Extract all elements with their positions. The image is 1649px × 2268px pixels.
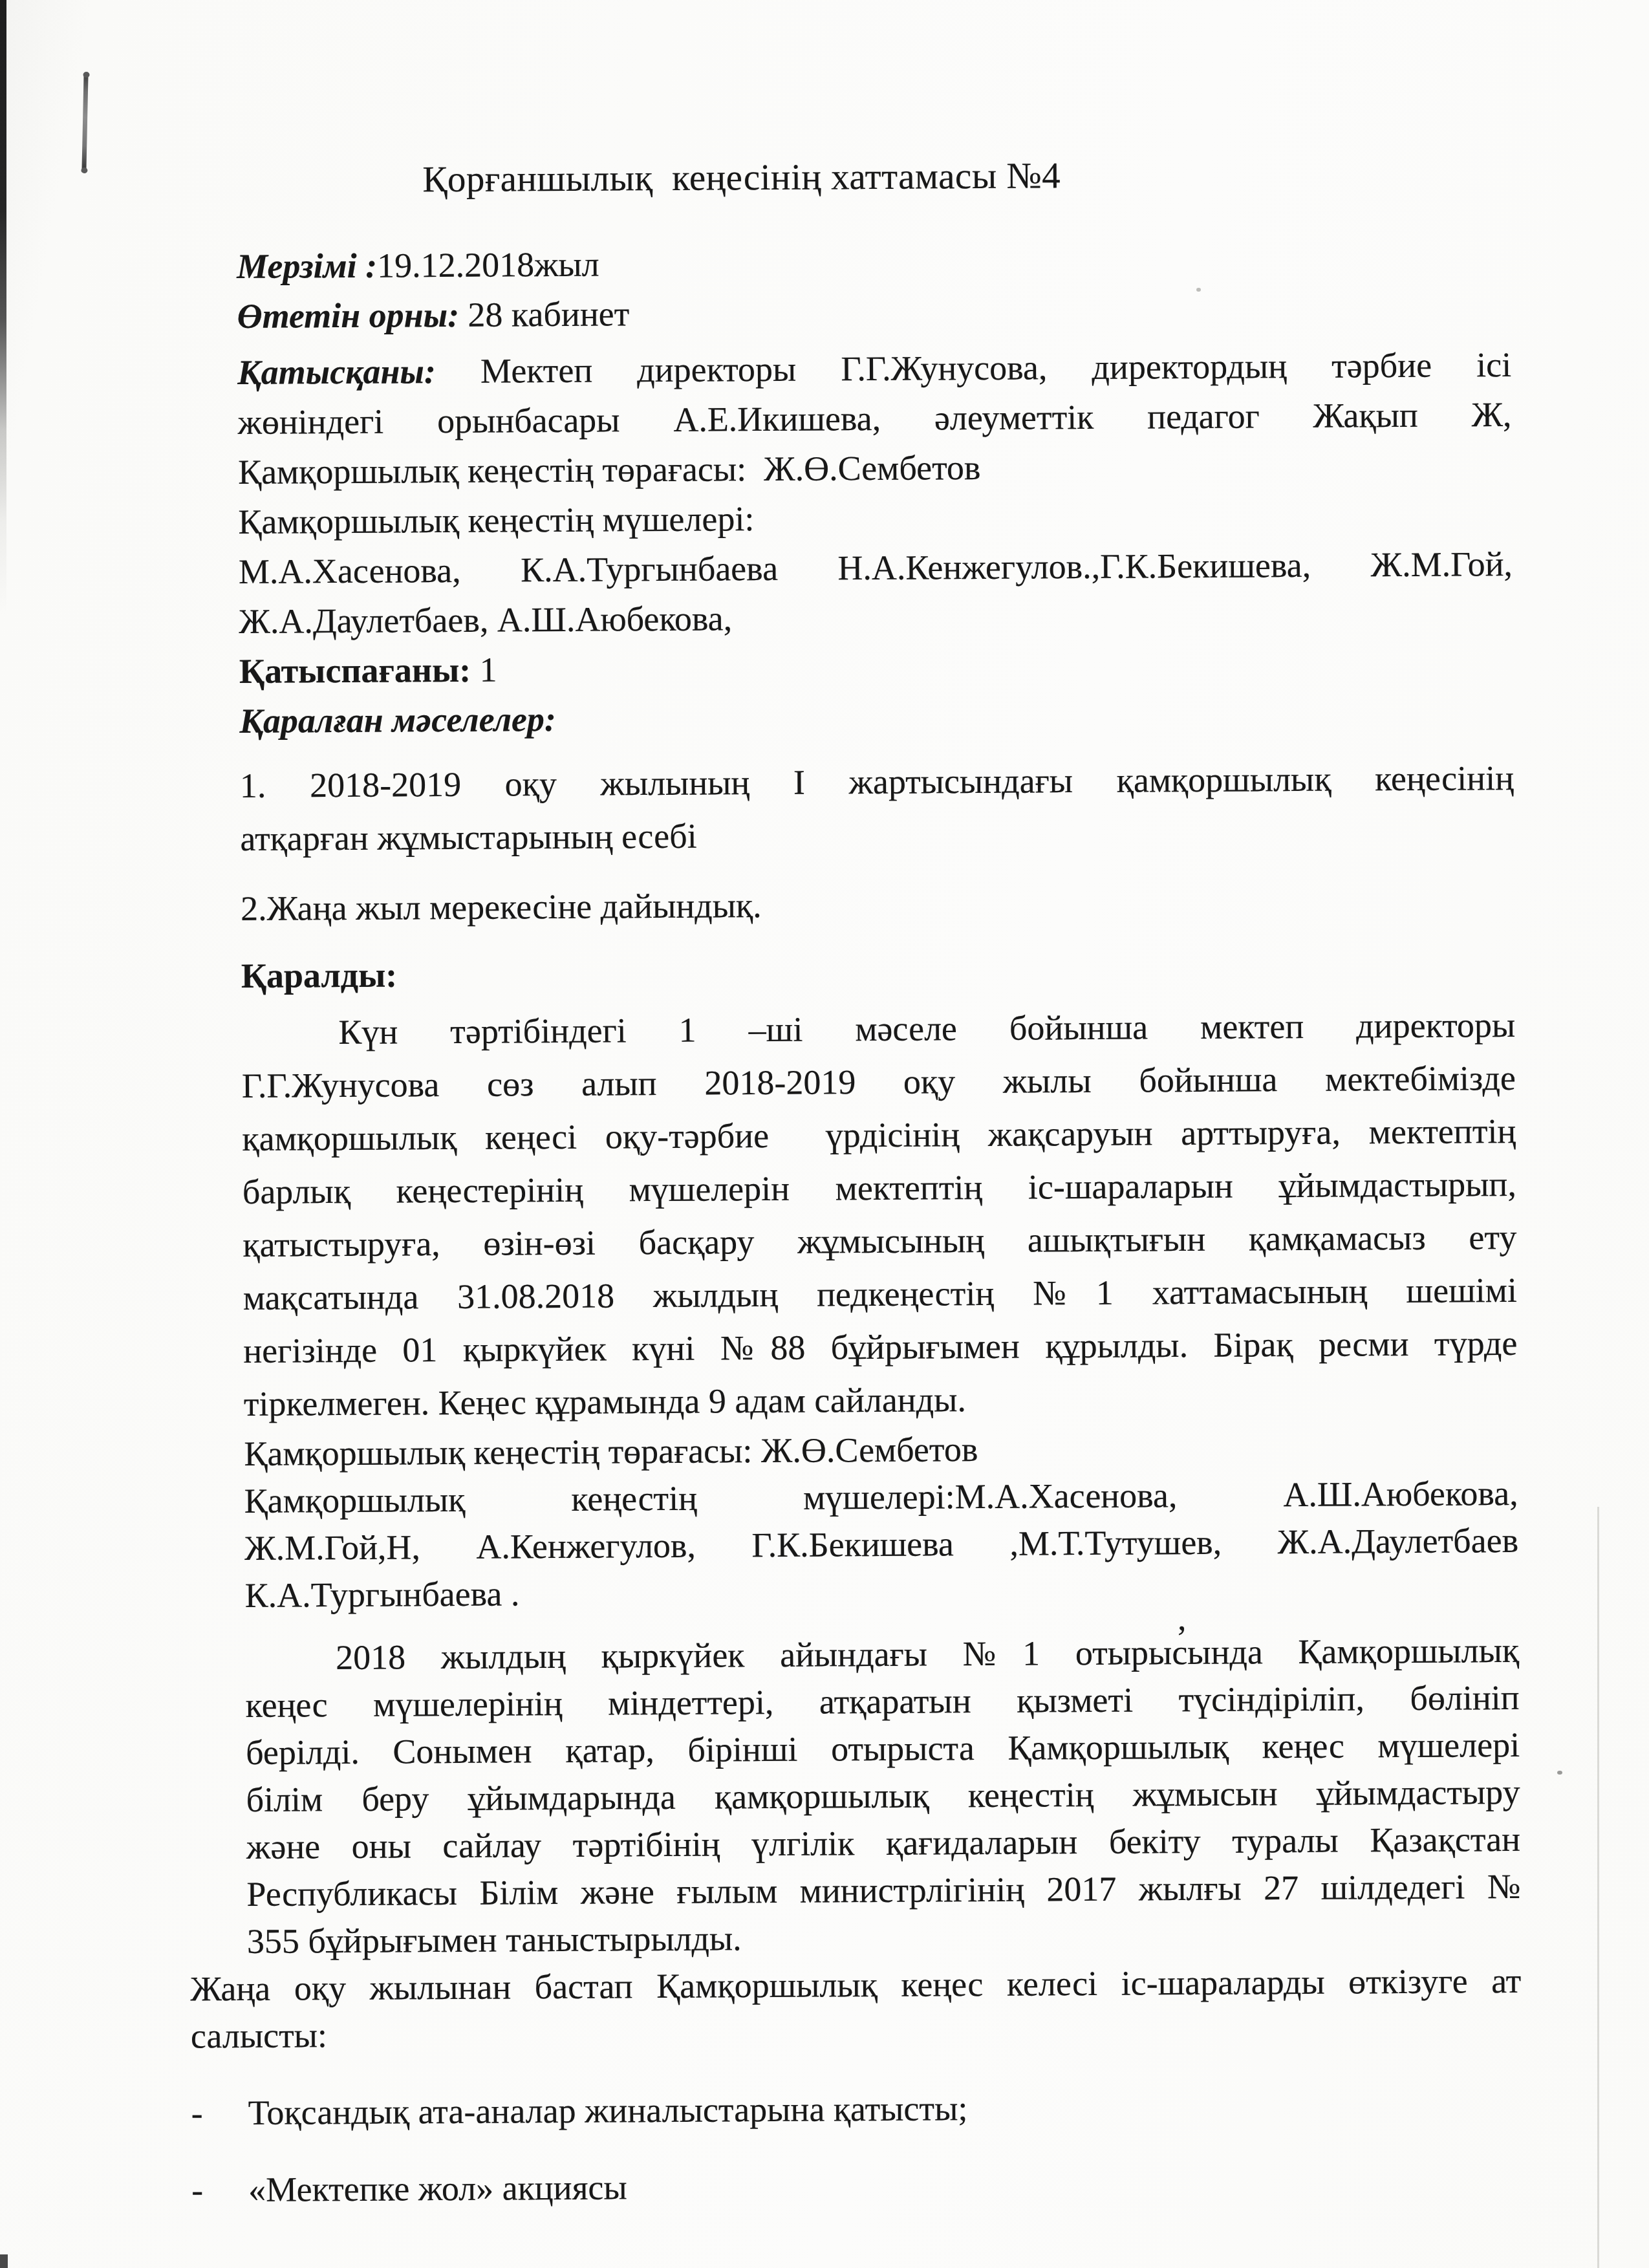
meta-date-value: 19.12.2018жыл bbox=[377, 245, 599, 285]
bullet-dash-marker: - bbox=[191, 2166, 248, 2214]
absent-line: Қатыспағаны: 1 bbox=[239, 639, 1513, 697]
attendees-chairman-line: Қамқоршылық кеңестің төрағасы: Ж.Ө.Сембе… bbox=[238, 440, 1512, 497]
meta-place-line: Өтетін орны: 28 кабинет bbox=[237, 284, 1511, 341]
document-body: Қорғаншылық кеңесінің хаттамасы №4 Мерзі… bbox=[236, 146, 1522, 2214]
agenda-item-1-line-2: атқарған жұмыстарының есебі bbox=[240, 805, 1514, 865]
list-item: -Тоқсандық ата-аналар жиналыстарына қаты… bbox=[191, 2082, 1522, 2137]
agenda-header: Қаралған мәселелер: bbox=[239, 689, 1513, 746]
attendees-line-1: Қатысқаны: Мектеп директоры Г.Г.Жунусова… bbox=[237, 340, 1511, 398]
body-paragraph-2-line-7: 355 бұйрығымен таныстырылды. bbox=[247, 1910, 1521, 1965]
meta-place-value: 28 кабинет bbox=[459, 294, 630, 334]
scan-edge-shadow bbox=[0, 0, 6, 614]
body-paragraph-1-line-6: мақсатында 31.08.2018 жылдың педкеңестің… bbox=[243, 1264, 1517, 1324]
attendees-line-2: жөніндегі орынбасары А.Е.Икишева, әлеуме… bbox=[237, 390, 1511, 448]
body-paragraph-1-line-4: барлық кеңестерінің мүшелерін мектептің … bbox=[242, 1158, 1516, 1218]
meta-date-label: Мерзімі : bbox=[237, 246, 377, 286]
body-paragraph-1-line-1: Күн тәртібіндегі 1 –ші мәселе бойынша ме… bbox=[241, 999, 1515, 1059]
body-paragraph-1-line-2: Г.Г.Жунусова сөз алып 2018-2019 оқу жылы… bbox=[242, 1052, 1516, 1112]
body-paragraph-2-line-6: Республикасы Білім және ғылым министрліг… bbox=[246, 1863, 1520, 1918]
body-paragraph-2-line-2: кеңес мүшелерінің міндеттері, атқаратын … bbox=[245, 1674, 1519, 1729]
body-paragraph-2-line-5: және оны сайлау тәртібінің үлгілік қағид… bbox=[246, 1816, 1520, 1871]
attendees-members-header: Қамқоршылық кеңестің мүшелері: bbox=[238, 490, 1512, 547]
chairman-line: Қамқоршылық кеңестің төрағасы: Ж.Ө.Сембе… bbox=[244, 1423, 1518, 1478]
agenda-item-2: 2.Жаңа жыл мерекесіне дайындық. bbox=[241, 874, 1514, 935]
body-paragraph-1-line-3: қамқоршылық кеңесі оқу-тәрбие үрдісінің … bbox=[242, 1105, 1516, 1165]
attendees-line-1-text: Мектеп директоры Г.Г.Жунусова, директорд… bbox=[436, 345, 1511, 391]
members-line-2: Ж.М.Гой,Н, А.Кенжегулов, Г.К.Бекишева ,М… bbox=[244, 1517, 1518, 1572]
absent-value: 1 bbox=[471, 651, 497, 689]
body-paragraph-1-line-8: тіркелмеген. Кеңес құрамында 9 адам сайл… bbox=[244, 1370, 1518, 1431]
body-paragraph-2-line-1: 2018 жылдың қыркүйек айындағы №1 отырысы… bbox=[245, 1627, 1519, 1682]
scan-fold-line bbox=[1597, 1507, 1599, 2268]
members-line-3-text: К.А.Тургынбаева . bbox=[244, 1574, 519, 1615]
attendees-members-line-1: М.А.Хасенова, К.А.Тургынбаева Н.А.Кенжег… bbox=[239, 539, 1513, 597]
bullet-text: Тоқсандық ата-аналар жиналыстарына қатыс… bbox=[248, 2085, 967, 2137]
body-paragraph-1-line-7: негізінде 01 қыркүйек күні №88 бұйрығыме… bbox=[243, 1317, 1517, 1377]
attendees-label: Қатысқаны: bbox=[237, 352, 436, 392]
considered-header: Қаралды: bbox=[241, 942, 1515, 1002]
staple-mark bbox=[81, 74, 88, 171]
bullet-text: «Мектепке жол» акциясы bbox=[248, 2164, 627, 2214]
scan-corner-mark bbox=[0, 2254, 8, 2268]
body-paragraph-2-line-3: берілді. Сонымен қатар, бірінші отырыста… bbox=[246, 1722, 1520, 1777]
absent-label: Қатыспағаны: bbox=[239, 651, 471, 691]
page-title: Қорғаншылық кеңесінің хаттамасы №4 bbox=[422, 146, 1510, 207]
attendees-members-line-2: Ж.А.Даулетбаев, А.Ш.Аюбекова, bbox=[239, 589, 1513, 647]
meta-place-label: Өтетін орны: bbox=[237, 296, 459, 336]
body-paragraph-3-line-2: салысты: bbox=[191, 2005, 1522, 2060]
scanned-document-page: Қорғаншылық кеңесінің хаттамасы №4 Мерзі… bbox=[0, 0, 1649, 2268]
scan-speck bbox=[1557, 1771, 1562, 1775]
agenda-item-1-line-1: 1. 2018-2019 оқу жылының І жартысындағы … bbox=[240, 751, 1514, 812]
members-line-3: К.А.Тургынбаева ., bbox=[244, 1564, 1518, 1619]
body-paragraph-3-line-1: Жаңа оқу жылынан бастап Қамқоршылық кеңе… bbox=[190, 1958, 1521, 2013]
list-item: -«Мектепке жол» акциясы bbox=[191, 2159, 1522, 2214]
members-line-1: Қамқоршылық кеңестің мүшелері:М.А.Хасено… bbox=[244, 1470, 1518, 1525]
meta-date-line: Мерзімі :19.12.2018жыл bbox=[237, 234, 1511, 292]
body-paragraph-1-line-5: қатыстыруға, өзін-өзі басқару жұмысының … bbox=[242, 1211, 1516, 1271]
stray-comma: , bbox=[1178, 1595, 1187, 1642]
body-paragraph-2-line-4: білім беру ұйымдарында қамқоршылық кеңес… bbox=[246, 1769, 1520, 1824]
bullet-dash-marker: - bbox=[191, 2090, 248, 2137]
